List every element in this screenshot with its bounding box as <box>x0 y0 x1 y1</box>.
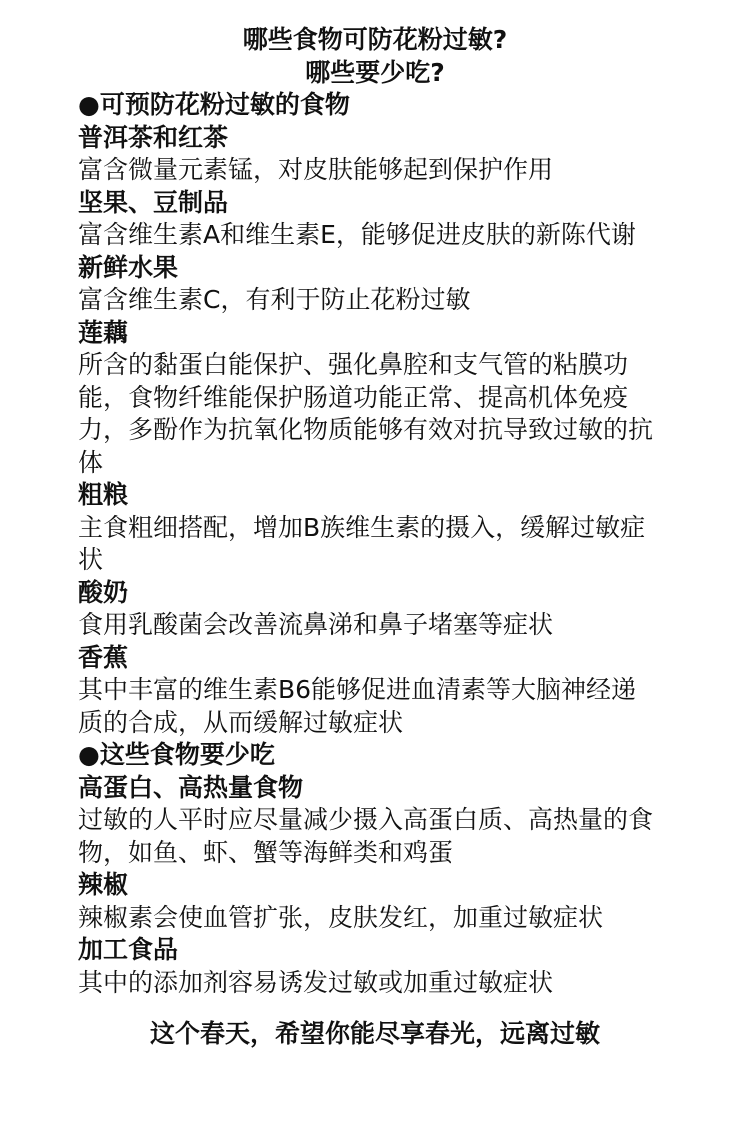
section-heading: ●可预防花粉过敏的食物 <box>78 89 660 122</box>
food-name: 莲藕 <box>78 317 660 350</box>
food-name: 粗粮 <box>78 479 660 512</box>
food-description: 其中的添加剂容易诱发过敏或加重过敏症状 <box>78 967 660 1000</box>
food-name: 辣椒 <box>78 869 660 902</box>
food-name: 高蛋白、高热量食物 <box>78 772 660 805</box>
food-name: 新鲜水果 <box>78 252 660 285</box>
food-description: 所含的黏蛋白能保护、强化鼻腔和支气管的粘膜功能，食物纤维能保护肠道功能正常、提高… <box>78 349 660 479</box>
section-heading: ●这些食物要少吃 <box>78 739 660 772</box>
food-name: 香蕉 <box>78 642 660 675</box>
food-description: 过敏的人平时应尽量减少摄入高蛋白质、高热量的食物，如鱼、虾、蟹等海鲜类和鸡蛋 <box>78 804 660 869</box>
food-name: 加工食品 <box>78 934 660 967</box>
section-avoid-foods: ●这些食物要少吃 高蛋白、高热量食物 过敏的人平时应尽量减少摄入高蛋白质、高热量… <box>78 739 660 999</box>
food-description: 富含维生素A和维生素E，能够促进皮肤的新陈代谢 <box>78 219 660 252</box>
food-name: 酸奶 <box>78 577 660 610</box>
title-line-1: 哪些食物可防花粉过敏? <box>0 24 750 57</box>
food-description: 辣椒素会使血管扩张，皮肤发红，加重过敏症状 <box>78 902 660 935</box>
closing-message: 这个春天，希望你能尽享春光，远离过敏 <box>0 1018 750 1051</box>
food-description: 食用乳酸菌会改善流鼻涕和鼻子堵塞等症状 <box>78 609 660 642</box>
food-description: 富含微量元素锰，对皮肤能够起到保护作用 <box>78 154 660 187</box>
article: 哪些食物可防花粉过敏? 哪些要少吃? ●可预防花粉过敏的食物 普洱茶和红茶 富含… <box>0 0 750 1051</box>
food-description: 富含维生素C，有利于防止花粉过敏 <box>78 284 660 317</box>
section-prevent-foods: ●可预防花粉过敏的食物 普洱茶和红茶 富含微量元素锰，对皮肤能够起到保护作用 坚… <box>78 89 660 739</box>
article-body: ●可预防花粉过敏的食物 普洱茶和红茶 富含微量元素锰，对皮肤能够起到保护作用 坚… <box>78 89 660 999</box>
title-line-2: 哪些要少吃? <box>0 57 750 90</box>
food-description: 其中丰富的维生素B6能够促进血清素等大脑神经递质的合成，从而缓解过敏症状 <box>78 674 660 739</box>
food-description: 主食粗细搭配，增加B族维生素的摄入，缓解过敏症状 <box>78 512 660 577</box>
food-name: 普洱茶和红茶 <box>78 122 660 155</box>
food-name: 坚果、豆制品 <box>78 187 660 220</box>
